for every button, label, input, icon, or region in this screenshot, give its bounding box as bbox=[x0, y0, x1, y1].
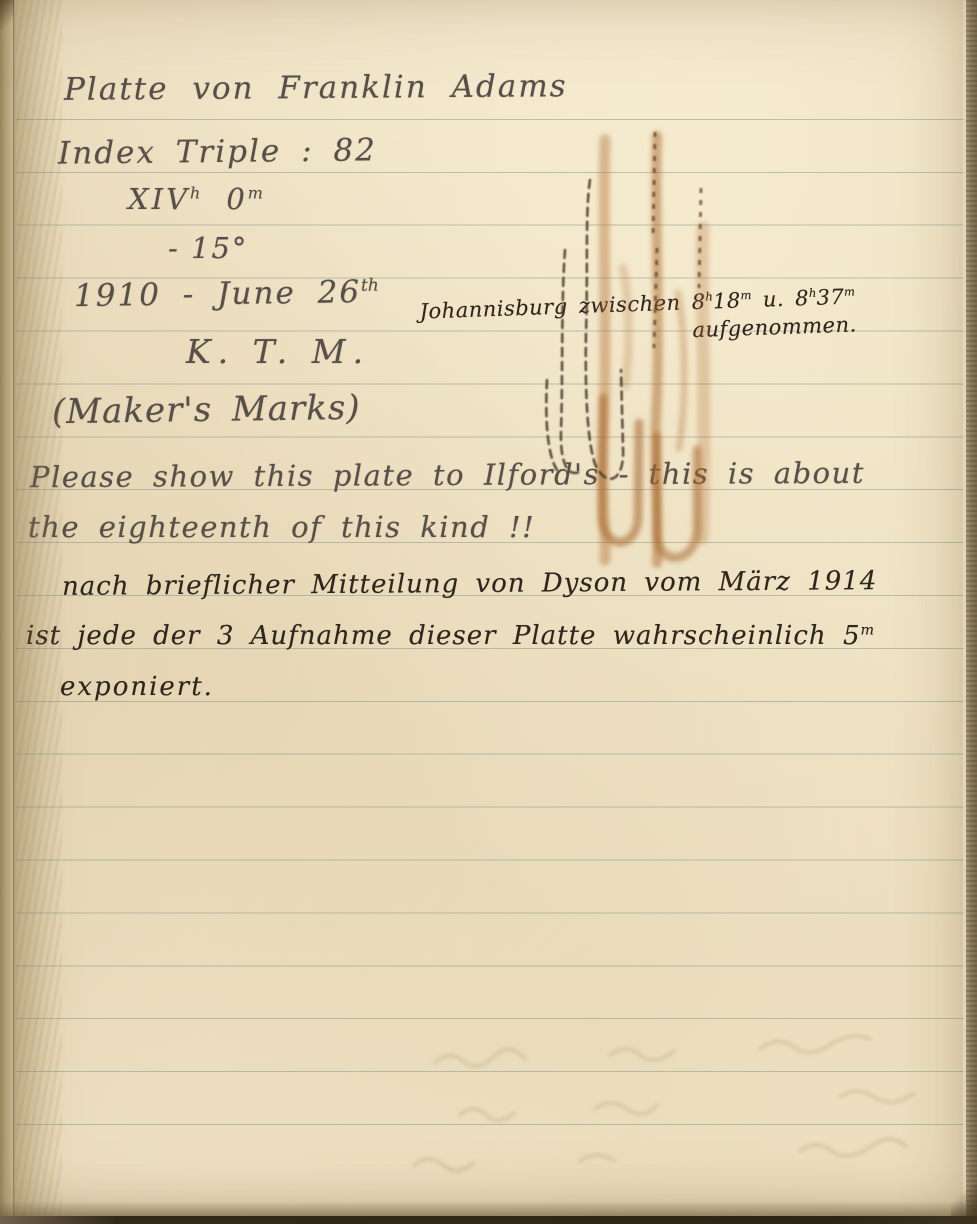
bleed-through-ghost-writing bbox=[380, 1015, 975, 1185]
ra-hours-unit: h bbox=[190, 183, 200, 202]
date-suffix: th bbox=[361, 276, 379, 296]
initials-line: K. T. M. bbox=[186, 332, 370, 371]
right-ascension-line: XIVh0m bbox=[128, 182, 263, 216]
date-line: 1910 - June 26th bbox=[74, 274, 379, 314]
annotation-text: u. 8 bbox=[751, 286, 809, 312]
declination-line: - 15° bbox=[168, 231, 248, 265]
top-left-corner-shadow bbox=[0, 0, 14, 34]
german-note-line-1: nach brieflicher Mitteilung von Dyson vo… bbox=[62, 566, 878, 602]
notebook-page-scan: Platte von Franklin Adams Index Triple :… bbox=[0, 0, 977, 1224]
german-note-text: ist jede der 3 Aufnahme dieser Platte wa… bbox=[26, 621, 860, 651]
ra-hours: XIV bbox=[128, 182, 190, 216]
right-book-edge bbox=[966, 0, 977, 1224]
paperclip-rust-stain bbox=[535, 118, 740, 588]
sup-m: m bbox=[860, 622, 874, 638]
bottom-right-corner-shadow bbox=[951, 1184, 977, 1224]
ra-minutes-unit: m bbox=[248, 183, 263, 202]
sup-m: m bbox=[844, 284, 855, 298]
sup-m: m bbox=[740, 288, 751, 302]
german-note-line-2: ist jede der 3 Aufnahme dieser Platte wa… bbox=[26, 621, 874, 651]
ra-minutes: 0 bbox=[226, 182, 247, 216]
german-note-line-3: exponiert. bbox=[60, 672, 214, 702]
index-line: Index Triple : 82 bbox=[58, 132, 377, 171]
bottom-page-shadow bbox=[0, 1201, 977, 1217]
annotation-text: 37 bbox=[816, 285, 845, 310]
plate-source-line: Platte von Franklin Adams bbox=[64, 68, 568, 108]
left-margin-smudge bbox=[16, 0, 62, 1224]
makers-marks-line: (Maker's Marks) bbox=[52, 388, 361, 432]
english-note-line-2: the eighteenth of this kind !! bbox=[28, 510, 535, 544]
left-binding-edge bbox=[0, 0, 14, 1224]
bottom-book-edge bbox=[0, 1216, 977, 1224]
date-main: 1910 - June 26 bbox=[74, 274, 362, 314]
